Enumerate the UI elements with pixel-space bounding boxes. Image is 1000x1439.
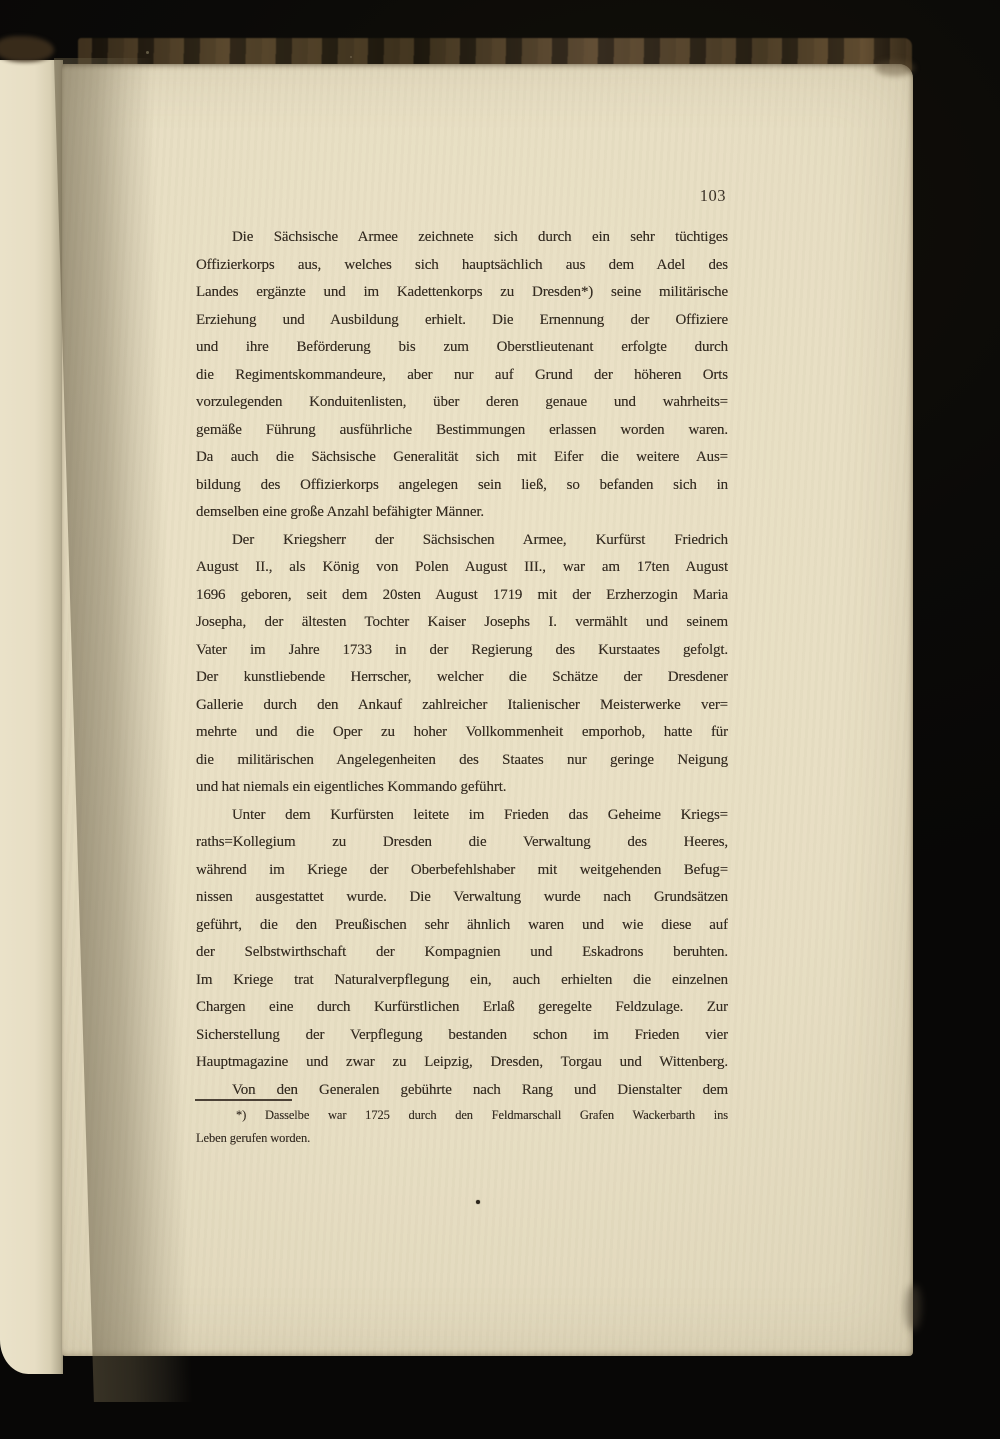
text-line: raths=Kollegium zu Dresden die Verwaltun… [196, 829, 728, 857]
text-line: Landes ergänzte und im Kadettenkorps zu … [196, 279, 728, 307]
text-line: mehrte und die Oper zu hoher Vollkommenh… [196, 719, 728, 747]
text-line: *) Dasselbe war 1725 durch den Feldmarsc… [196, 1104, 728, 1127]
dust-speck [350, 56, 352, 58]
text-line: Der Kriegsherr der Sächsischen Armee, Ku… [196, 527, 728, 555]
text-line: und hat niemals ein eigentliches Kommand… [196, 774, 728, 802]
text-line: und ihre Beförderung bis zum Oberstlieut… [196, 334, 728, 362]
text-line: Die Sächsische Armee zeichnete sich durc… [196, 224, 728, 252]
dust-speck [146, 51, 149, 54]
text-line: die Regimentskommandeure, aber nur auf G… [196, 362, 728, 390]
body-text: Die Sächsische Armee zeichnete sich durc… [196, 224, 728, 1104]
text-line: Erziehung und Ausbildung erhielt. Die Er… [196, 307, 728, 335]
text-line: Chargen eine durch Kurfürstlichen Erlaß … [196, 994, 728, 1022]
page-number: 103 [700, 186, 726, 206]
text-line: 1696 geboren, seit dem 20sten August 171… [196, 582, 728, 610]
edge-smudge [905, 1285, 921, 1331]
text-line: Im Kriege trat Naturalverpflegung ein, a… [196, 967, 728, 995]
text-line: während im Kriege der Oberbefehlshaber m… [196, 857, 728, 885]
text-line: Unter dem Kurfürsten leitete im Frieden … [196, 802, 728, 830]
text-line: nissen ausgestattet wurde. Die Verwaltun… [196, 884, 728, 912]
book-scan: 103 Die Sächsische Armee zeichnete sich … [0, 0, 1000, 1439]
footnote: *) Dasselbe war 1725 durch den Feldmarsc… [196, 1104, 728, 1149]
text-line: geführt, die den Preußischen sehr ähnlic… [196, 912, 728, 940]
text-line: die militärischen Angelegenheiten des St… [196, 747, 728, 775]
text-line: Sicherstellung der Verpflegung bestanden… [196, 1022, 728, 1050]
text-line: Hauptmagazine und zwar zu Leipzig, Dresd… [196, 1049, 728, 1077]
binding-tatter [0, 36, 54, 62]
text-line: bildung des Offizierkorps angelegen sein… [196, 472, 728, 500]
text-line: demselben eine große Anzahl befähigter M… [196, 499, 728, 527]
text-line: Josepha, der ältesten Tochter Kaiser Jos… [196, 609, 728, 637]
previous-page-edge [0, 60, 63, 1374]
spine-shadow [54, 58, 198, 1402]
text-line: Leben gerufen worden. [196, 1127, 728, 1150]
text-line: der Selbstwirthschaft der Kompagnien und… [196, 939, 728, 967]
text-line: Gallerie durch den Ankauf zahlreicher It… [196, 692, 728, 720]
text-line: Vater im Jahre 1733 in der Regierung des… [196, 637, 728, 665]
ink-dot [476, 1200, 480, 1204]
text-line: vorzulegenden Konduitenlisten, über dere… [196, 389, 728, 417]
book-page: 103 Die Sächsische Armee zeichnete sich … [62, 64, 913, 1356]
text-line: gemäße Führung ausführliche Bestimmungen… [196, 417, 728, 445]
text-line: August II., als König von Polen August I… [196, 554, 728, 582]
corner-smudge [875, 60, 915, 76]
text-line: Da auch die Sächsische Generalität sich … [196, 444, 728, 472]
footnote-separator [195, 1099, 292, 1101]
text-line: Der kunstliebende Herrscher, welcher die… [196, 664, 728, 692]
text-line: Offizierkorps aus, welches sich hauptsäc… [196, 252, 728, 280]
